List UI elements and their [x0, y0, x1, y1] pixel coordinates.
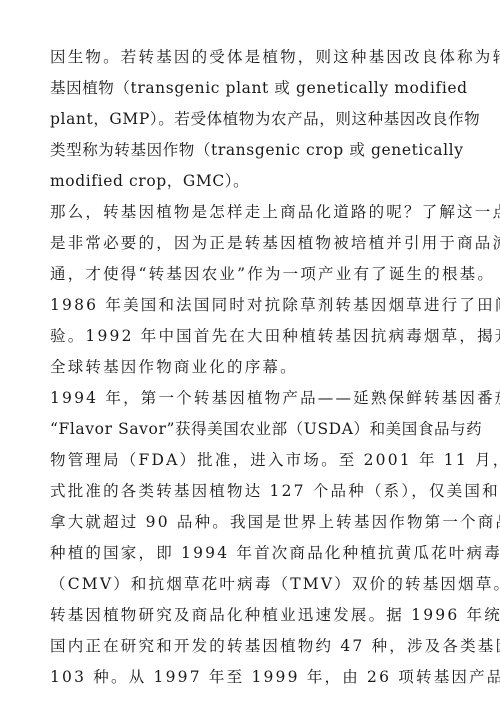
text-line: 103 种。从 1997 年至 1999 年，由 26 项转基因产品已获准我 [50, 662, 450, 693]
text-line: “Flavor Savor”获得美国农业部（USDA）和美国食品与药 [50, 414, 450, 445]
text-line: 物管理局（FDA）批准，进入市场。至 2001 年 11 月，各国正 [50, 445, 450, 476]
text-line: 种植的国家，即 1994 年首次商品化种植抗黄瓜花叶病毒 [50, 538, 450, 569]
text-line: 式批准的各类转基因植物达 127 个品种（系），仅美国和加 [50, 476, 450, 507]
text-line: （CMV）和抗烟草花叶病毒（TMV）双价的转基因烟草。此后， [50, 569, 450, 600]
text-line: 转基因植物研究及商品化种植业迅速发展。据 1996 年统计， [50, 600, 450, 631]
text-line: 是非常必要的，因为正是转基因植物被培植并引用于商品流 [50, 228, 450, 259]
text-line: 类型称为转基因作物（transgenic crop 或 genetically [50, 135, 450, 166]
text-line: 国内正在研究和开发的转基因植物约 47 种，涉及各类基因 [50, 631, 450, 662]
text-line: 1986 年美国和法国同时对抗除草剂转基因烟草进行了田间试 [50, 290, 450, 321]
text-line: 基因植物（transgenic plant 或 genetically modi… [50, 73, 450, 104]
text-line: modified crop，GMC）。 [50, 166, 450, 197]
text-line: plant，GMP）。若受体植物为农产品，则这种基因改良作物 [50, 104, 450, 135]
text-line: 拿大就超过 90 品种。我国是世界上转基因作物第一个商品化 [50, 507, 450, 538]
document-page: 因生物。若转基因的受体是植物，则这种基因改良体称为转 基因植物（transgen… [0, 0, 500, 708]
text-line: 那么，转基因植物是怎样走上商品化道路的呢？了解这一点 [50, 197, 450, 228]
text-line: 因生物。若转基因的受体是植物，则这种基因改良体称为转 [50, 42, 450, 73]
document-body: 因生物。若转基因的受体是植物，则这种基因改良体称为转 基因植物（transgen… [50, 42, 450, 693]
text-line: 通，才使得“转基因农业”作为一项产业有了诞生的根基。 [50, 259, 450, 290]
text-line: 1994 年，第一个转基因植物产品——延熟保鲜转基因番茄 [50, 383, 450, 414]
text-line: 验。1992 年中国首先在大田种植转基因抗病毒烟草，揭开了 [50, 321, 450, 352]
text-line: 全球转基因作物商业化的序幕。 [50, 352, 450, 383]
